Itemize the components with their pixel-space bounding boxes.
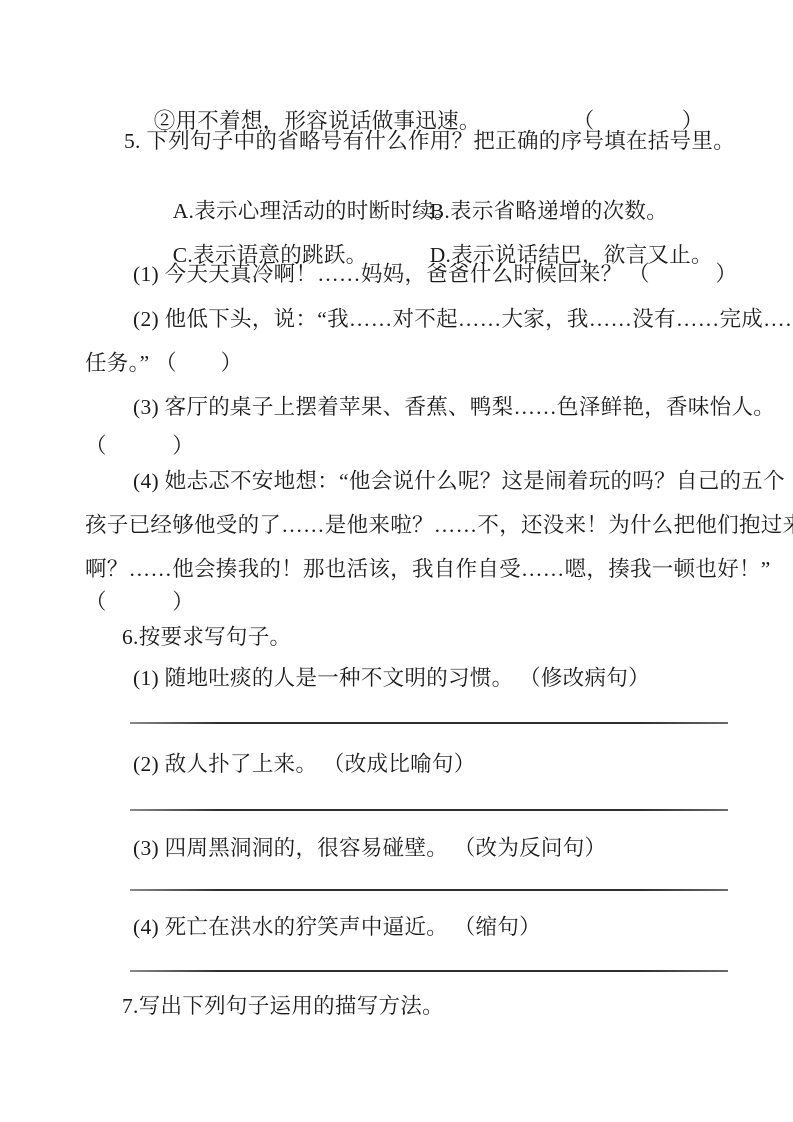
question-6-item-3: (3) 四周黑洞洞的，很容易碰壁。 （改为反问句）: [133, 836, 606, 861]
question-5-item-4-continuation-1: 孩子已经够他受的了……是他来啦？……不，还没来！为什么把他们抱过来: [85, 513, 793, 538]
question-5-item-2-continuation: 任务。” （ ）: [85, 351, 242, 376]
answer-blank-line-2: [130, 809, 728, 811]
question-5-item-4-continuation-2: 啊？……他会揍我的！那也活该，我自作自受……嗯，揍我一顿也好！”: [85, 557, 771, 582]
answer-blank-line-4: [130, 970, 728, 972]
question-6-header: 6.按要求写句子。: [122, 625, 291, 650]
question-5-item-1: (1) 今天天真冷啊！……妈妈，爸爸什么时候回来？ （ ）: [133, 262, 737, 287]
question-5-item-2: (2) 他低下头，说：“我……对不起……大家，我……没有……完成……: [133, 307, 793, 332]
question-7-header: 7.写出下列句子运用的描写方法。: [122, 994, 444, 1019]
question-5-item-3-answer-bracket: （ ）: [85, 434, 194, 459]
question-6-item-4: (4) 死亡在洪水的狞笑声中逼近。 （缩句）: [133, 915, 541, 940]
worksheet-page: ②用不着想，形容说话做事迅速。（ ） 5. 下列句子中的省略号有什么作用？把正确…: [0, 0, 793, 1122]
question-5-item-4: (4) 她忐忑不安地想：“他会说什么呢？这是闹着玩的吗？自己的五个: [133, 469, 785, 494]
question-6-item-2: (2) 敌人扑了上来。 （改成比喻句）: [133, 752, 476, 777]
answer-blank-line-3: [130, 889, 728, 891]
question-5-item-4-answer-bracket: （ ）: [85, 590, 194, 615]
question-5-header: 5. 下列句子中的省略号有什么作用？把正确的序号填在括号里。: [124, 129, 735, 154]
answer-blank-line-1: [130, 722, 728, 724]
question-6-item-1: (1) 随地吐痰的人是一种不文明的习惯。 （修改病句）: [133, 666, 650, 691]
question-5-item-3: (3) 客厅的桌子上摆着苹果、香蕉、鸭梨……色泽鲜艳，香味怡人。: [133, 395, 775, 420]
